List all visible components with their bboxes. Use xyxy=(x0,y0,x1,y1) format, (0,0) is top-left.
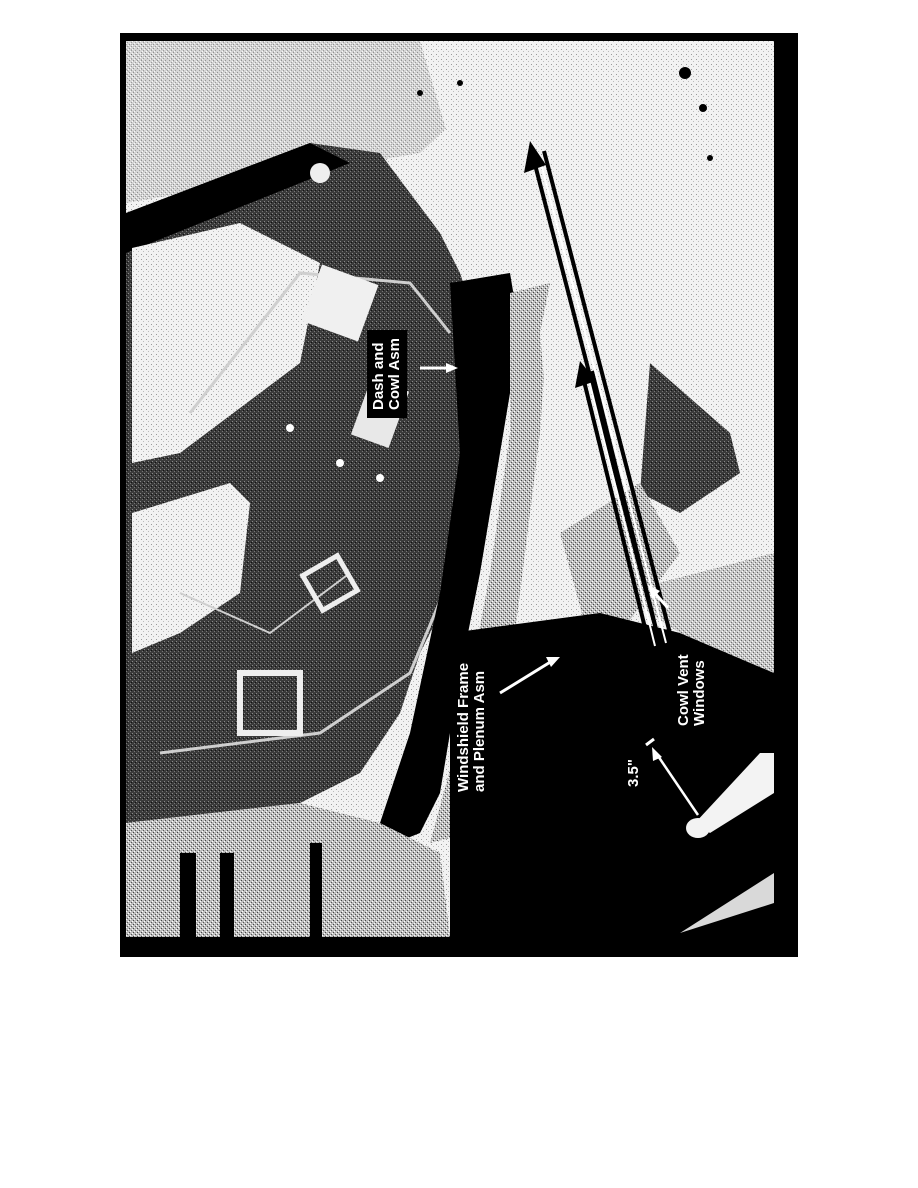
callout-cowl-vent-windows: Cowl Vent Windows xyxy=(672,646,712,734)
callout-dash-line2: Cowl Asm xyxy=(387,338,403,410)
callout-dash-cowl-asm: Dash and Cowl Asm xyxy=(367,330,407,418)
callout-windshield-line1: Windshield Frame xyxy=(456,663,472,792)
callout-windshield-frame-plenum-asm: Windshield Frame and Plenum Asm xyxy=(452,655,492,800)
callout-vent-line2: Windows xyxy=(692,654,708,726)
callout-windshield-line2: and Plenum Asm xyxy=(472,663,488,792)
callout-dash-line1: Dash and xyxy=(371,338,387,410)
dimension-label: 3.5" xyxy=(622,751,646,795)
cowl-photo xyxy=(120,33,798,957)
manual-page: Dash and Cowl Asm Windshield Frame and P… xyxy=(0,0,918,1188)
dimension-value: 3.5" xyxy=(626,759,642,787)
callout-vent-line1: Cowl Vent xyxy=(676,654,692,726)
cowl-photo-illustration xyxy=(120,33,798,957)
